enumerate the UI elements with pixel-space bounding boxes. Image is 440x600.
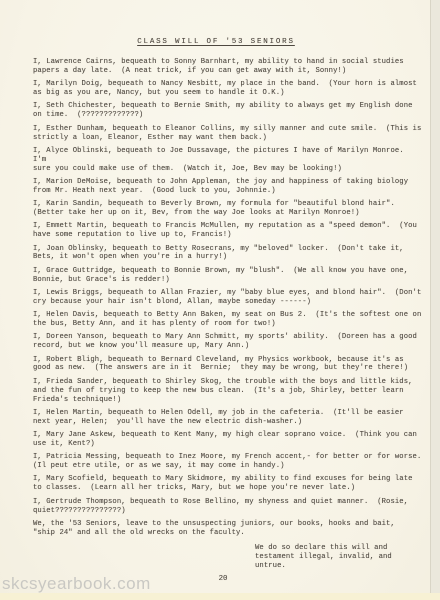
will-paragraph: I, Marilyn Doig, bequeath to Nancy Nesbi…: [33, 80, 425, 98]
will-paragraph: I, Mary Scofield, bequeath to Mary Skidm…: [33, 475, 425, 493]
will-paragraph: I, Alyce Oblinski, bequeath to Joe Dussa…: [33, 147, 425, 174]
will-paragraph: I, Karin Sandin, bequeath to Beverly Bro…: [33, 200, 425, 218]
will-paragraph: I, Lewis Briggs, bequeath to Allan Frazi…: [33, 289, 425, 307]
will-paragraph: I, Doreen Yanson, bequeath to Mary Ann S…: [33, 333, 425, 351]
page-right-edge: [430, 0, 440, 600]
will-paragraph: I, Gertrude Thompson, bequeath to Rose B…: [33, 498, 425, 516]
will-paragraph: I, Lawrence Cairns, bequeath to Sonny Ba…: [33, 58, 425, 76]
will-paragraph: I, Helen Davis, bequeath to Betty Ann Ba…: [33, 311, 425, 329]
yearbook-scanned-page: CLASS WILL OF '53 SENIORS I, Lawrence Ca…: [0, 0, 440, 600]
will-paragraph: I, Esther Dunham, bequeath to Eleanor Co…: [33, 125, 425, 143]
will-paragraph: I, Patricia Messing, bequeath to Inez Mo…: [33, 453, 425, 471]
will-paragraph: I, Mary Jane Askew, bequeath to Kent Man…: [33, 431, 425, 449]
will-paragraph: I, Robert Bligh, bequeath to Bernard Cle…: [33, 356, 425, 374]
closing-declaration: We do so declare this will and testament…: [255, 544, 425, 571]
page-title: CLASS WILL OF '53 SENIORS: [0, 38, 432, 46]
will-paragraph: I, Joan Oblinsky, bequeath to Betty Rose…: [33, 245, 425, 263]
will-paragraph: We, the '53 Seniors, leave to the unsusp…: [33, 520, 425, 538]
will-paragraph: I, Marion DeMoise, bequeath to John Appl…: [33, 178, 425, 196]
will-paragraph: I, Seth Chichester, bequeath to Bernie S…: [33, 102, 425, 120]
watermark-text: skcsyearbook.com: [2, 574, 151, 594]
class-will-text: I, Lawrence Cairns, bequeath to Sonny Ba…: [33, 58, 425, 583]
will-paragraph: I, Grace Guttridge, bequeath to Bonnie B…: [33, 267, 425, 285]
will-paragraph: I, Emmett Martin, bequeath to Francis Mc…: [33, 222, 425, 240]
page-bottom-edge: [0, 593, 440, 600]
will-paragraph: I, Frieda Sander, bequeath to Shirley Sk…: [33, 378, 425, 405]
will-paragraph: I, Helen Martin, bequeath to Helen Odell…: [33, 409, 425, 427]
